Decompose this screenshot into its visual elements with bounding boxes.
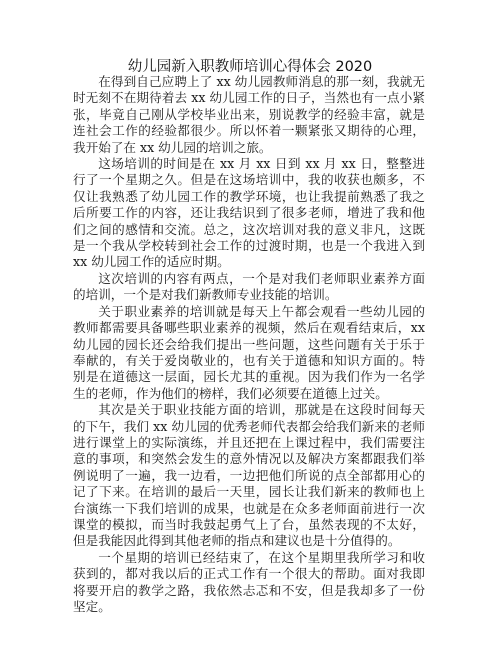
paragraph-professional-quality: 关于职业素养的培训就是每天上午都会观看一些幼儿园的教师都需要具备哪些职业素养的视… (73, 304, 425, 402)
paragraph-training-period: 这场培训的时间是在 xx 月 xx 日到 xx 月 xx 日，整整进行了一个星期… (73, 156, 425, 271)
paragraph-training-content: 这次培训的内容有两点，一个是对我们老师职业素养方面的培训，一个是对我们新教师专业… (73, 271, 425, 304)
document-body: 在得到自己应聘上了 xx 幼儿园教师消息的那一刻，我就无时无刻不在期待着去 xx… (73, 74, 425, 615)
document-page: 幼儿园新入职教师培训心得体会 2020 在得到自己应聘上了 xx 幼儿园教师消息… (0, 0, 500, 647)
paragraph-conclusion: 一个星期的培训已经结束了，在这个星期里我所学习和收获到的，都对我以后的正式工作有… (73, 550, 425, 616)
paragraph-professional-skills: 其次是关于职业技能方面的培训，那就是在这段时间每天的下午，我们 xx 幼儿园的优… (73, 402, 425, 550)
paragraph-intro: 在得到自己应聘上了 xx 幼儿园教师消息的那一刻，我就无时无刻不在期待着去 xx… (73, 74, 425, 156)
